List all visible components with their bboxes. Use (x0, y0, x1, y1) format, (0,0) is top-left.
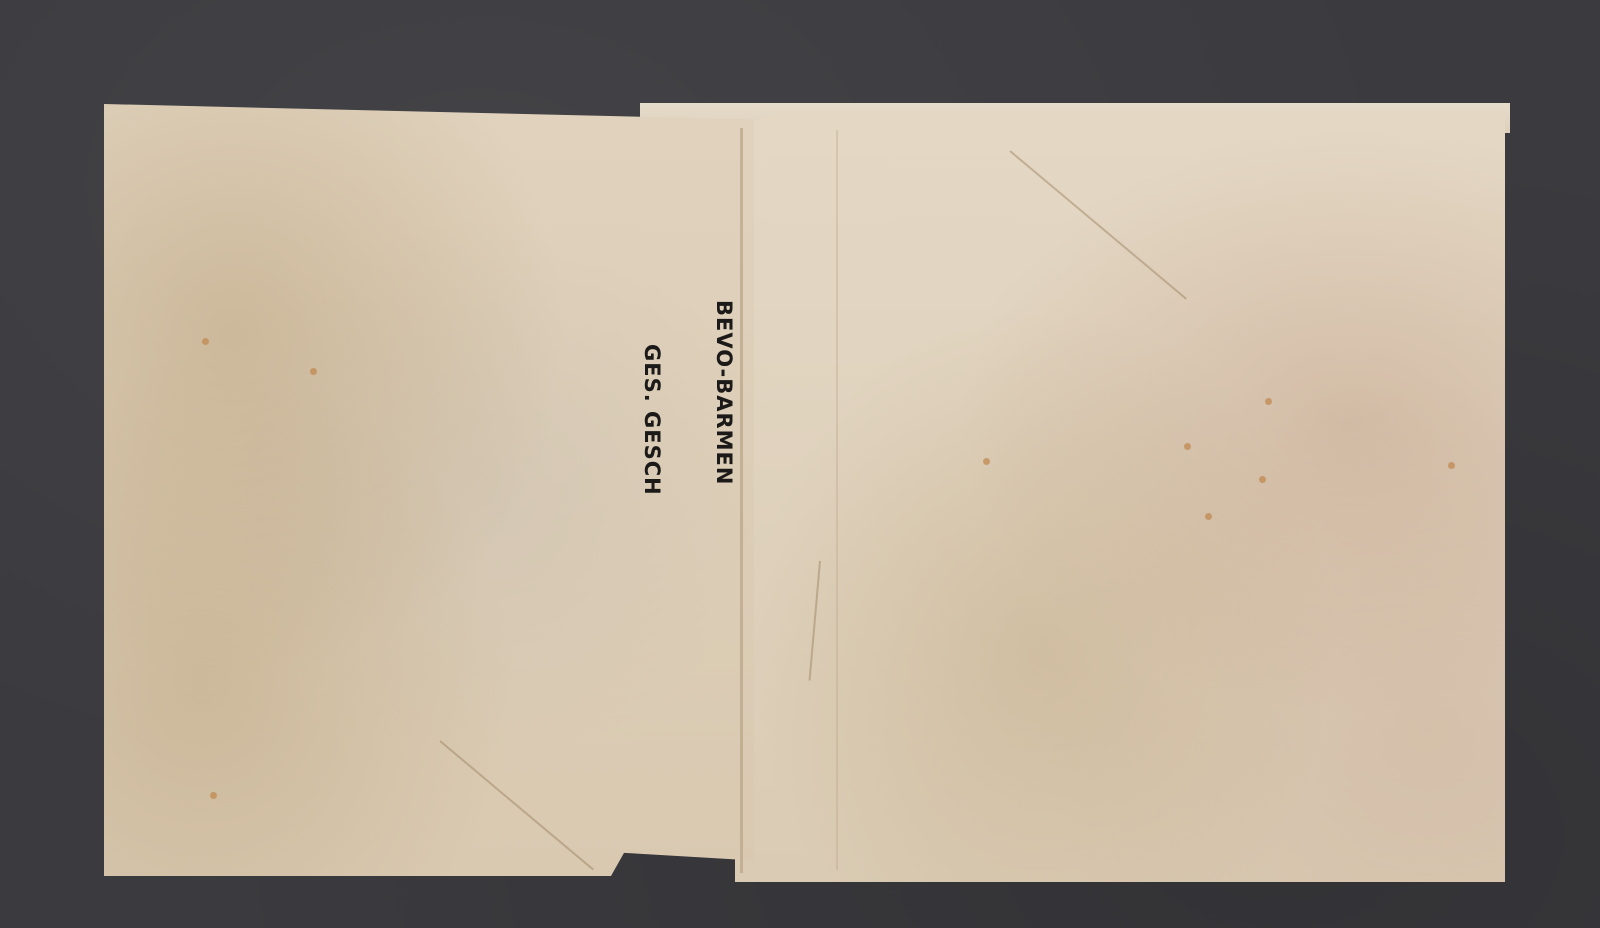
stain-spot (202, 338, 209, 345)
stain-spot (1448, 462, 1455, 469)
stain-spot (1184, 443, 1191, 450)
armband-seam (740, 128, 743, 873)
armband: BEVO-BARMEN GES. GESCH (0, 0, 1600, 928)
stain-spot (1205, 513, 1212, 520)
stain-spot (310, 368, 317, 375)
stain-spot (1259, 476, 1266, 483)
stain-spot (210, 792, 217, 799)
maker-label-line1: BEVO-BARMEN (712, 300, 736, 496)
armband-fold-line (836, 130, 838, 870)
stain-spot (1265, 398, 1272, 405)
maker-label-line2: GES. GESCH (640, 344, 664, 496)
armband-right-panel (735, 112, 1505, 882)
maker-label: BEVO-BARMEN GES. GESCH (592, 300, 784, 496)
stain-spot (983, 458, 990, 465)
